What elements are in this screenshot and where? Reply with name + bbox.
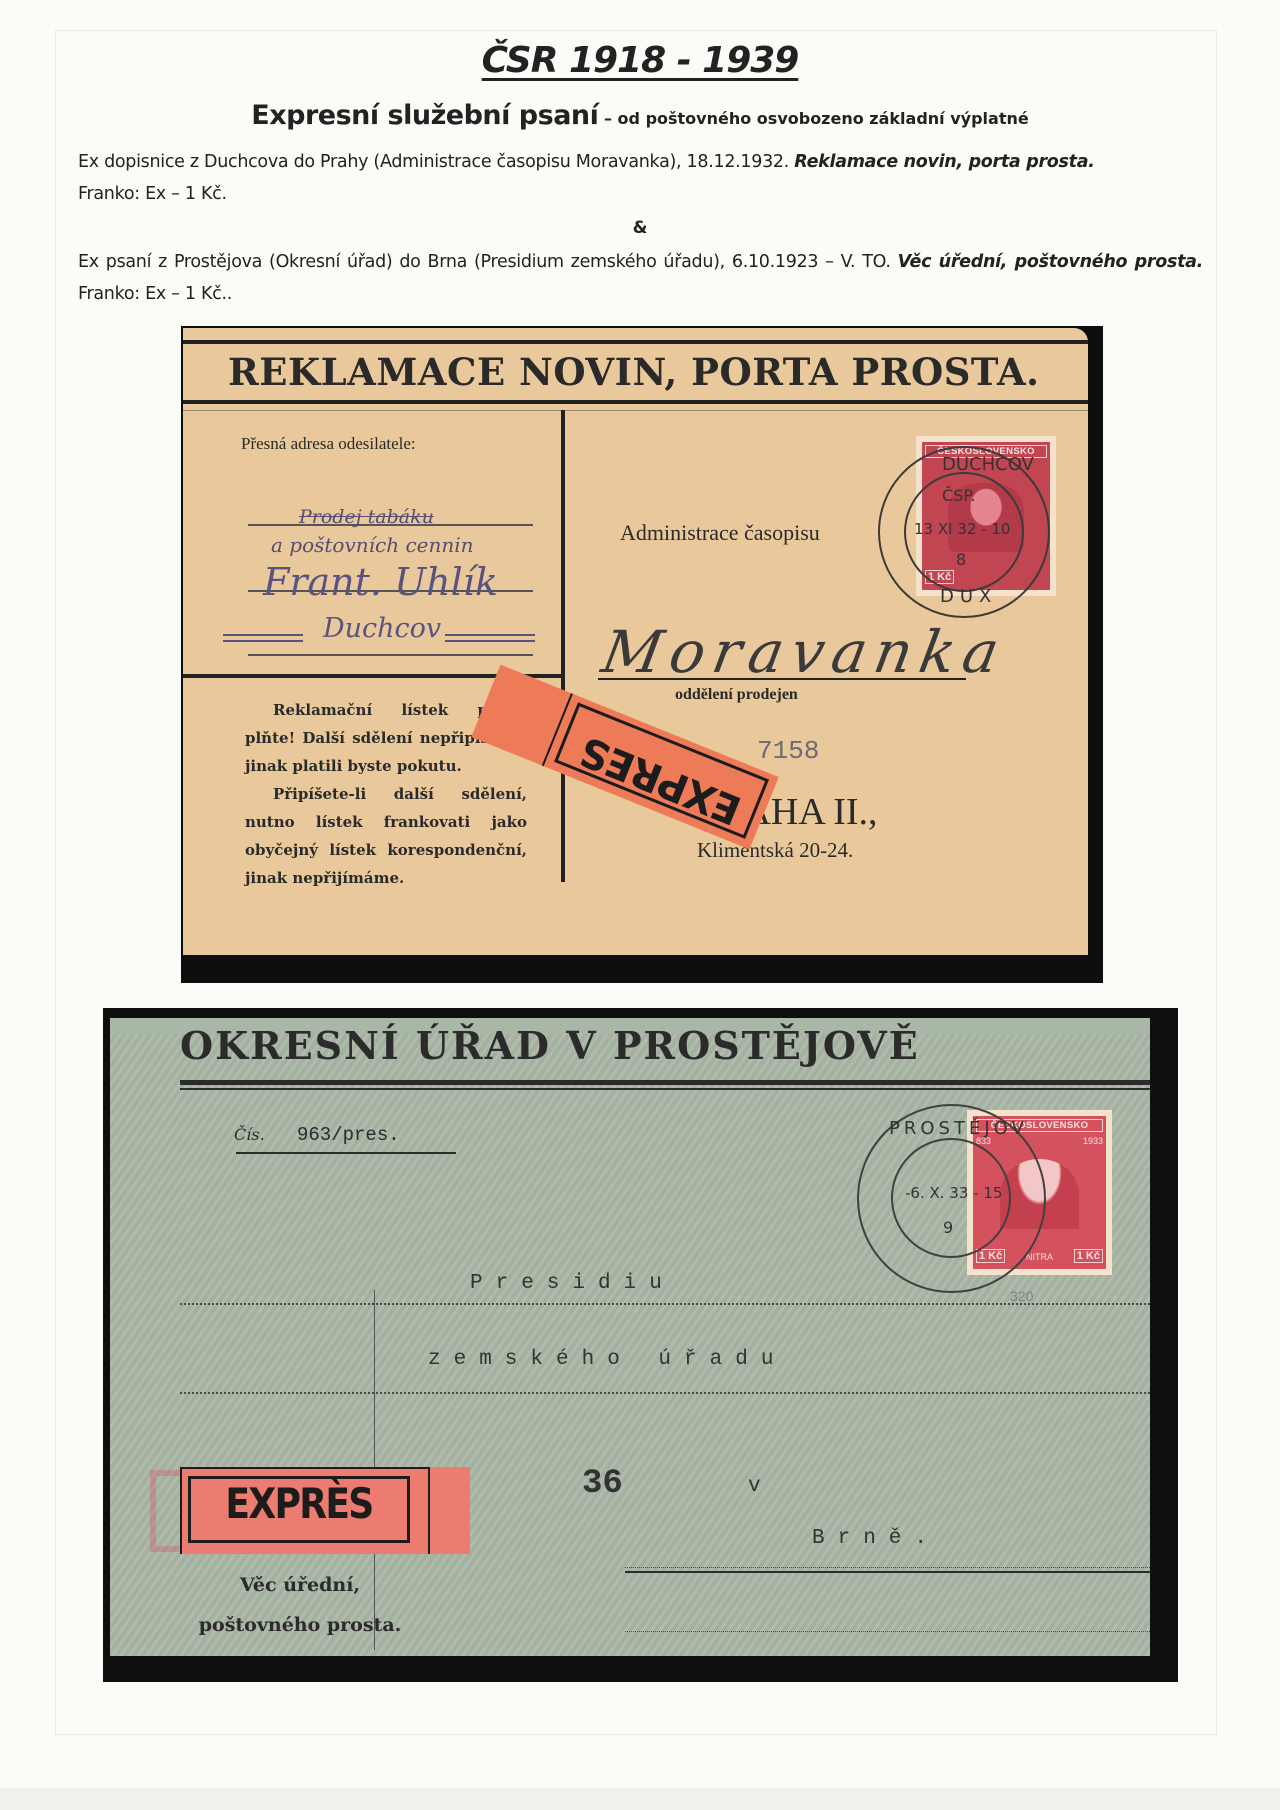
preposition: v bbox=[748, 1475, 774, 1498]
pencil-note: 320 bbox=[1010, 1288, 1033, 1304]
postmark-duchcov: DUCHCOV ČSP. 13 XI 32 - 10 8 DUX bbox=[878, 446, 1050, 618]
address-line1: Presidiu bbox=[470, 1272, 675, 1295]
reference-number: 7158 bbox=[757, 736, 819, 766]
postmark-prostejov: PROSTĚJOV -6. X. 33 - 15 9 bbox=[857, 1104, 1046, 1293]
sender-stamp-line1: Prodej tabáku bbox=[299, 506, 434, 528]
ref-label: Čís. bbox=[234, 1125, 265, 1144]
subtitle-rest: – od poštovného osvobozeno základní výpl… bbox=[598, 109, 1028, 128]
page-title: ČSR 1918 - 1939 bbox=[0, 40, 1280, 81]
item2-description: Ex psaní z Prostějova (Okresní úřad) do … bbox=[78, 246, 1203, 310]
sender-stamp-line4: Duchcov bbox=[323, 613, 441, 644]
sender-stamp-line2: a poštovních cennin bbox=[271, 533, 474, 557]
separator: & bbox=[0, 218, 1280, 238]
house-number: 36 bbox=[582, 1465, 623, 1503]
express-label-envelope2: EXPRÈS bbox=[180, 1467, 470, 1554]
sender-label: Přesná adresa odesilatele: bbox=[241, 434, 416, 454]
address-line2: zemského úřadu bbox=[428, 1348, 786, 1371]
department: oddělení prodejen bbox=[675, 686, 798, 704]
item1-description: Ex dopisnice z Duchcova do Prahy (Admini… bbox=[78, 146, 1203, 210]
card1-reklamace: REKLAMACE NOVIN, PORTA PROSTA. Přesná ad… bbox=[183, 328, 1088, 955]
addressee-handwritten: Moravanka bbox=[597, 618, 1012, 686]
subtitle-main: Expresní služební psaní bbox=[251, 100, 598, 131]
envelope2-header: OKRESNÍ ÚŘAD V PROSTĚJOVĚ bbox=[180, 1023, 920, 1068]
addressee-line1: Administrace časopisu bbox=[620, 520, 820, 546]
page-edge bbox=[0, 1788, 1280, 1810]
street: Klimentská 20-24. bbox=[697, 838, 853, 863]
ref-value: 963/pres. bbox=[297, 1124, 400, 1146]
official-note: Věc úřední, poštovného prosta. bbox=[180, 1565, 420, 1645]
red-mark bbox=[150, 1470, 182, 1552]
sender-stamp-line3: Frant. Uhlík bbox=[263, 560, 498, 604]
page-subtitle: Expresní služební psaní – od poštovného … bbox=[0, 100, 1280, 131]
card1-header: REKLAMACE NOVIN, PORTA PROSTA. bbox=[228, 350, 1040, 394]
destination-city: Brně. bbox=[812, 1527, 940, 1550]
